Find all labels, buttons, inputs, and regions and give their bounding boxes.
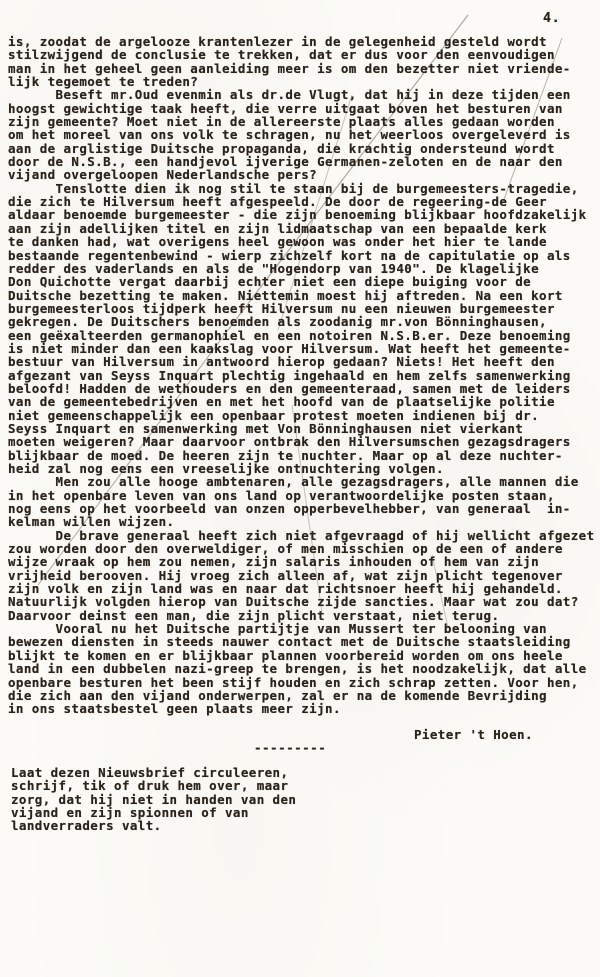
body-text: is, zoodat de argelooze krantenlezer in … <box>8 35 595 716</box>
signature: Pieter 't Hoen. <box>414 727 533 742</box>
document-page: 4. is, zoodat de argelooze krantenlezer … <box>0 0 600 977</box>
dashed-divider: --------- <box>254 740 326 755</box>
circulation-note: Laat dezen Nieuwsbrief circuleeren, schr… <box>11 766 296 832</box>
page-number: 4. <box>543 10 560 26</box>
